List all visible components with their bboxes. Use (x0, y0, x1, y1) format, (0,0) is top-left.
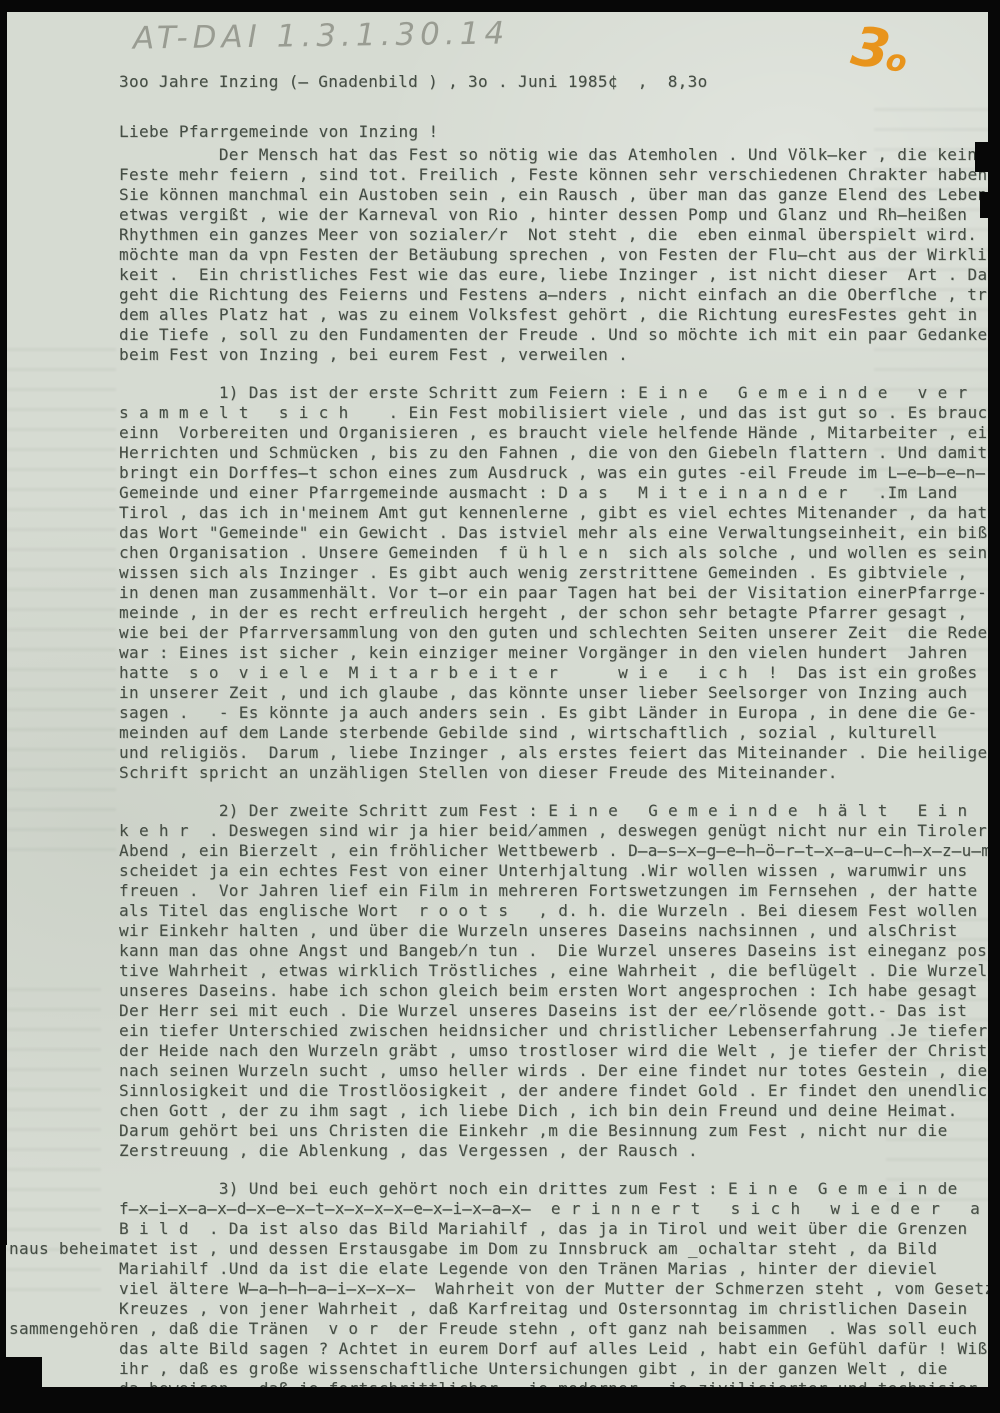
text-line: 2) Der zweite Schritt zum Fest : E i n e… (119, 801, 988, 821)
text-line: Schrift spricht an unzähligen Stellen vo… (119, 763, 988, 783)
text-line: meinde , in der es recht erfreulich herg… (119, 603, 988, 623)
text-line: in unserer Zeit , und ich glaube , das k… (119, 683, 988, 703)
paragraph: 2) Der zweite Schritt zum Fest : E i n e… (119, 801, 988, 1161)
text-line: und religiös. Darum , liebe Inzinger , a… (119, 743, 988, 763)
text-line: als Titel das englische Wort r o o t s ,… (119, 901, 988, 921)
text-line: meinden auf dem Lande sterbende Gebilde … (119, 723, 988, 743)
text-line: Herrichten und Schmücken , bis zu den Fa… (119, 443, 988, 463)
scan-artifact (975, 142, 1000, 172)
text-line: sammengehören , daß die Tränen v o r der… (9, 1319, 988, 1339)
text-line: wie bei der Pfarrversammlung von den gut… (119, 623, 988, 643)
text-line: naus beheimatet ist , und dessen Erstaus… (9, 1239, 988, 1259)
page-number-marker: 3o (847, 14, 910, 85)
archival-reference-handwriting: AT-DAI 1.3.1.30.14 (133, 15, 510, 56)
text-line: Der Herr sei mit euch . Die Wurzel unser… (119, 1001, 988, 1021)
text-line: beim Fest von Inzing , bei eurem Fest , … (119, 345, 988, 365)
text-line: Abend , ein Bierzelt , ein fröhlicher We… (119, 841, 988, 861)
text-line: war : Eines ist sicher , kein einziger m… (119, 643, 988, 663)
scan-artifact (0, 1357, 42, 1413)
text-line: Feste mehr feiern , sind tot. Freilich ,… (119, 165, 988, 185)
text-line: unseres Daseins. habe ich schon gleich b… (119, 981, 988, 1001)
scan-artifact (980, 192, 1000, 218)
text-line: Gemeinde und einer Pfarrgemeinde ausmach… (119, 483, 988, 503)
text-line: viel ältere W̶a̶h̶h̶a̶i̶x̶x̶x̶ Wahrheit … (119, 1279, 988, 1299)
document-content: 3oo Jahre Inzing (̶ Gnadenbild ) , 3o . … (119, 72, 988, 1387)
text-line: sagen . - Es könnte ja auch anders sein … (119, 703, 988, 723)
text-line: das alte Bild sagen ? Achtet in eurem Do… (119, 1339, 988, 1359)
salutation: Liebe Pfarrgemeinde von Inzing ! (119, 122, 988, 142)
text-line: kann man das ohne Angst und Bangeb̸n tun… (119, 941, 988, 961)
text-line: in denen man zusammenhält. Vor t̶or ein … (119, 583, 988, 603)
text-line: Kreuzes , von jener Wahrheit , daß Karfr… (119, 1299, 988, 1319)
text-line: keit . Ein christliches Fest wie das eur… (119, 265, 988, 285)
text-line: s a m m e l t s i c h . Ein Fest mobilis… (119, 403, 988, 423)
text-line: chen Gott , der zu ihm sagt , ich liebe … (119, 1101, 988, 1121)
text-line: ein tiefer Unterschied zwischen heidnsic… (119, 1021, 988, 1041)
text-line: scheidet ja ein echtes Fest von einer Un… (119, 861, 988, 881)
text-line: Tirol , das ich in'meinem Amt gut kennen… (119, 503, 988, 523)
text-line: Zerstreuung , die Ablenkung , das Verges… (119, 1141, 988, 1161)
text-line: 3) Und bei euch gehört noch ein drittes … (119, 1179, 988, 1199)
text-line: Sinnlosigkeit und die Trostlöosigkeit , … (119, 1081, 988, 1101)
text-line: geht die Richtung des Feierns und Festen… (119, 285, 988, 305)
text-line: wir Einkehr halten , und über die Wurzel… (119, 921, 988, 941)
text-line: chen Organisation . Unsere Gemeinden f ü… (119, 543, 988, 563)
text-line: dem alles Platz hat , was zu einem Volks… (119, 305, 988, 325)
text-line: B i l d . Da ist also das Bild Mariahilf… (119, 1219, 988, 1239)
text-line: ihr , daß es große wissenschaftliche Unt… (119, 1359, 988, 1379)
text-line: das Wort "Gemeinde" ein Gewicht . Das is… (119, 523, 988, 543)
text-line: bringt ein Dorffes̶t schon eines zum Aus… (119, 463, 988, 483)
text-line: hatte s o v i e l e M i t a r b e i t e … (119, 663, 988, 683)
scan-border-right (988, 130, 1000, 1413)
paragraph: Der Mensch hat das Fest so nötig wie das… (119, 145, 988, 365)
paragraph: 1) Das ist der erste Schritt zum Feiern … (119, 383, 988, 783)
text-line: 1) Das ist der erste Schritt zum Feiern … (119, 383, 988, 403)
text-line: da beweisen , daß je fortschrittlicher ,… (119, 1379, 988, 1387)
paragraph: 3) Und bei euch gehört noch ein drittes … (119, 1179, 988, 1387)
text-line: Mariahilf .Und da ist die elate Legende … (119, 1259, 988, 1279)
text-line: der Heide nach den Wurzeln gräbt , umso … (119, 1041, 988, 1061)
text-line: Der Mensch hat das Fest so nötig wie das… (119, 145, 988, 165)
text-line: möchte man da vpn Festen der Betäubung s… (119, 245, 988, 265)
text-line: Darum gehört bei uns Christen die Einkeh… (119, 1121, 988, 1141)
text-line: einn Vorbereiten und Organisieren , es b… (119, 423, 988, 443)
text-line: die Tiefe , soll zu den Fundamenten der … (119, 325, 988, 345)
document-page: 3oo Jahre Inzing (̶ Gnadenbild ) , 3o . … (6, 12, 988, 1387)
text-line: etwas vergißt , wie der Karneval von Rio… (119, 205, 988, 225)
text-line: k e h r . Deswegen sind wir ja hier beid… (119, 821, 988, 841)
text-line: tive Wahrheit , etwas wirklich Tröstlich… (119, 961, 988, 981)
text-line: f̶x̶i̶x̶a̶x̶d̶x̶e̶x̶t̶x̶x̶x̶x̶e̶x̶i̶x̶a̶… (119, 1199, 988, 1219)
text-line: wissen sich als Inzinger . Es gibt auch … (119, 563, 988, 583)
text-line: nach seinen Wurzeln sucht , umso heller … (119, 1061, 988, 1081)
scan-border-left (0, 0, 7, 1245)
text-line: freuen . Vor Jahren lief ein Film in meh… (119, 881, 988, 901)
text-line: Rhythmen ein ganzes Meer von sozialer̸r … (119, 225, 988, 245)
document-body: Der Mensch hat das Fest so nötig wie das… (119, 145, 988, 1387)
text-line: Sie können manchmal ein Austoben sein , … (119, 185, 988, 205)
bleed-through-artifact (6, 342, 116, 862)
